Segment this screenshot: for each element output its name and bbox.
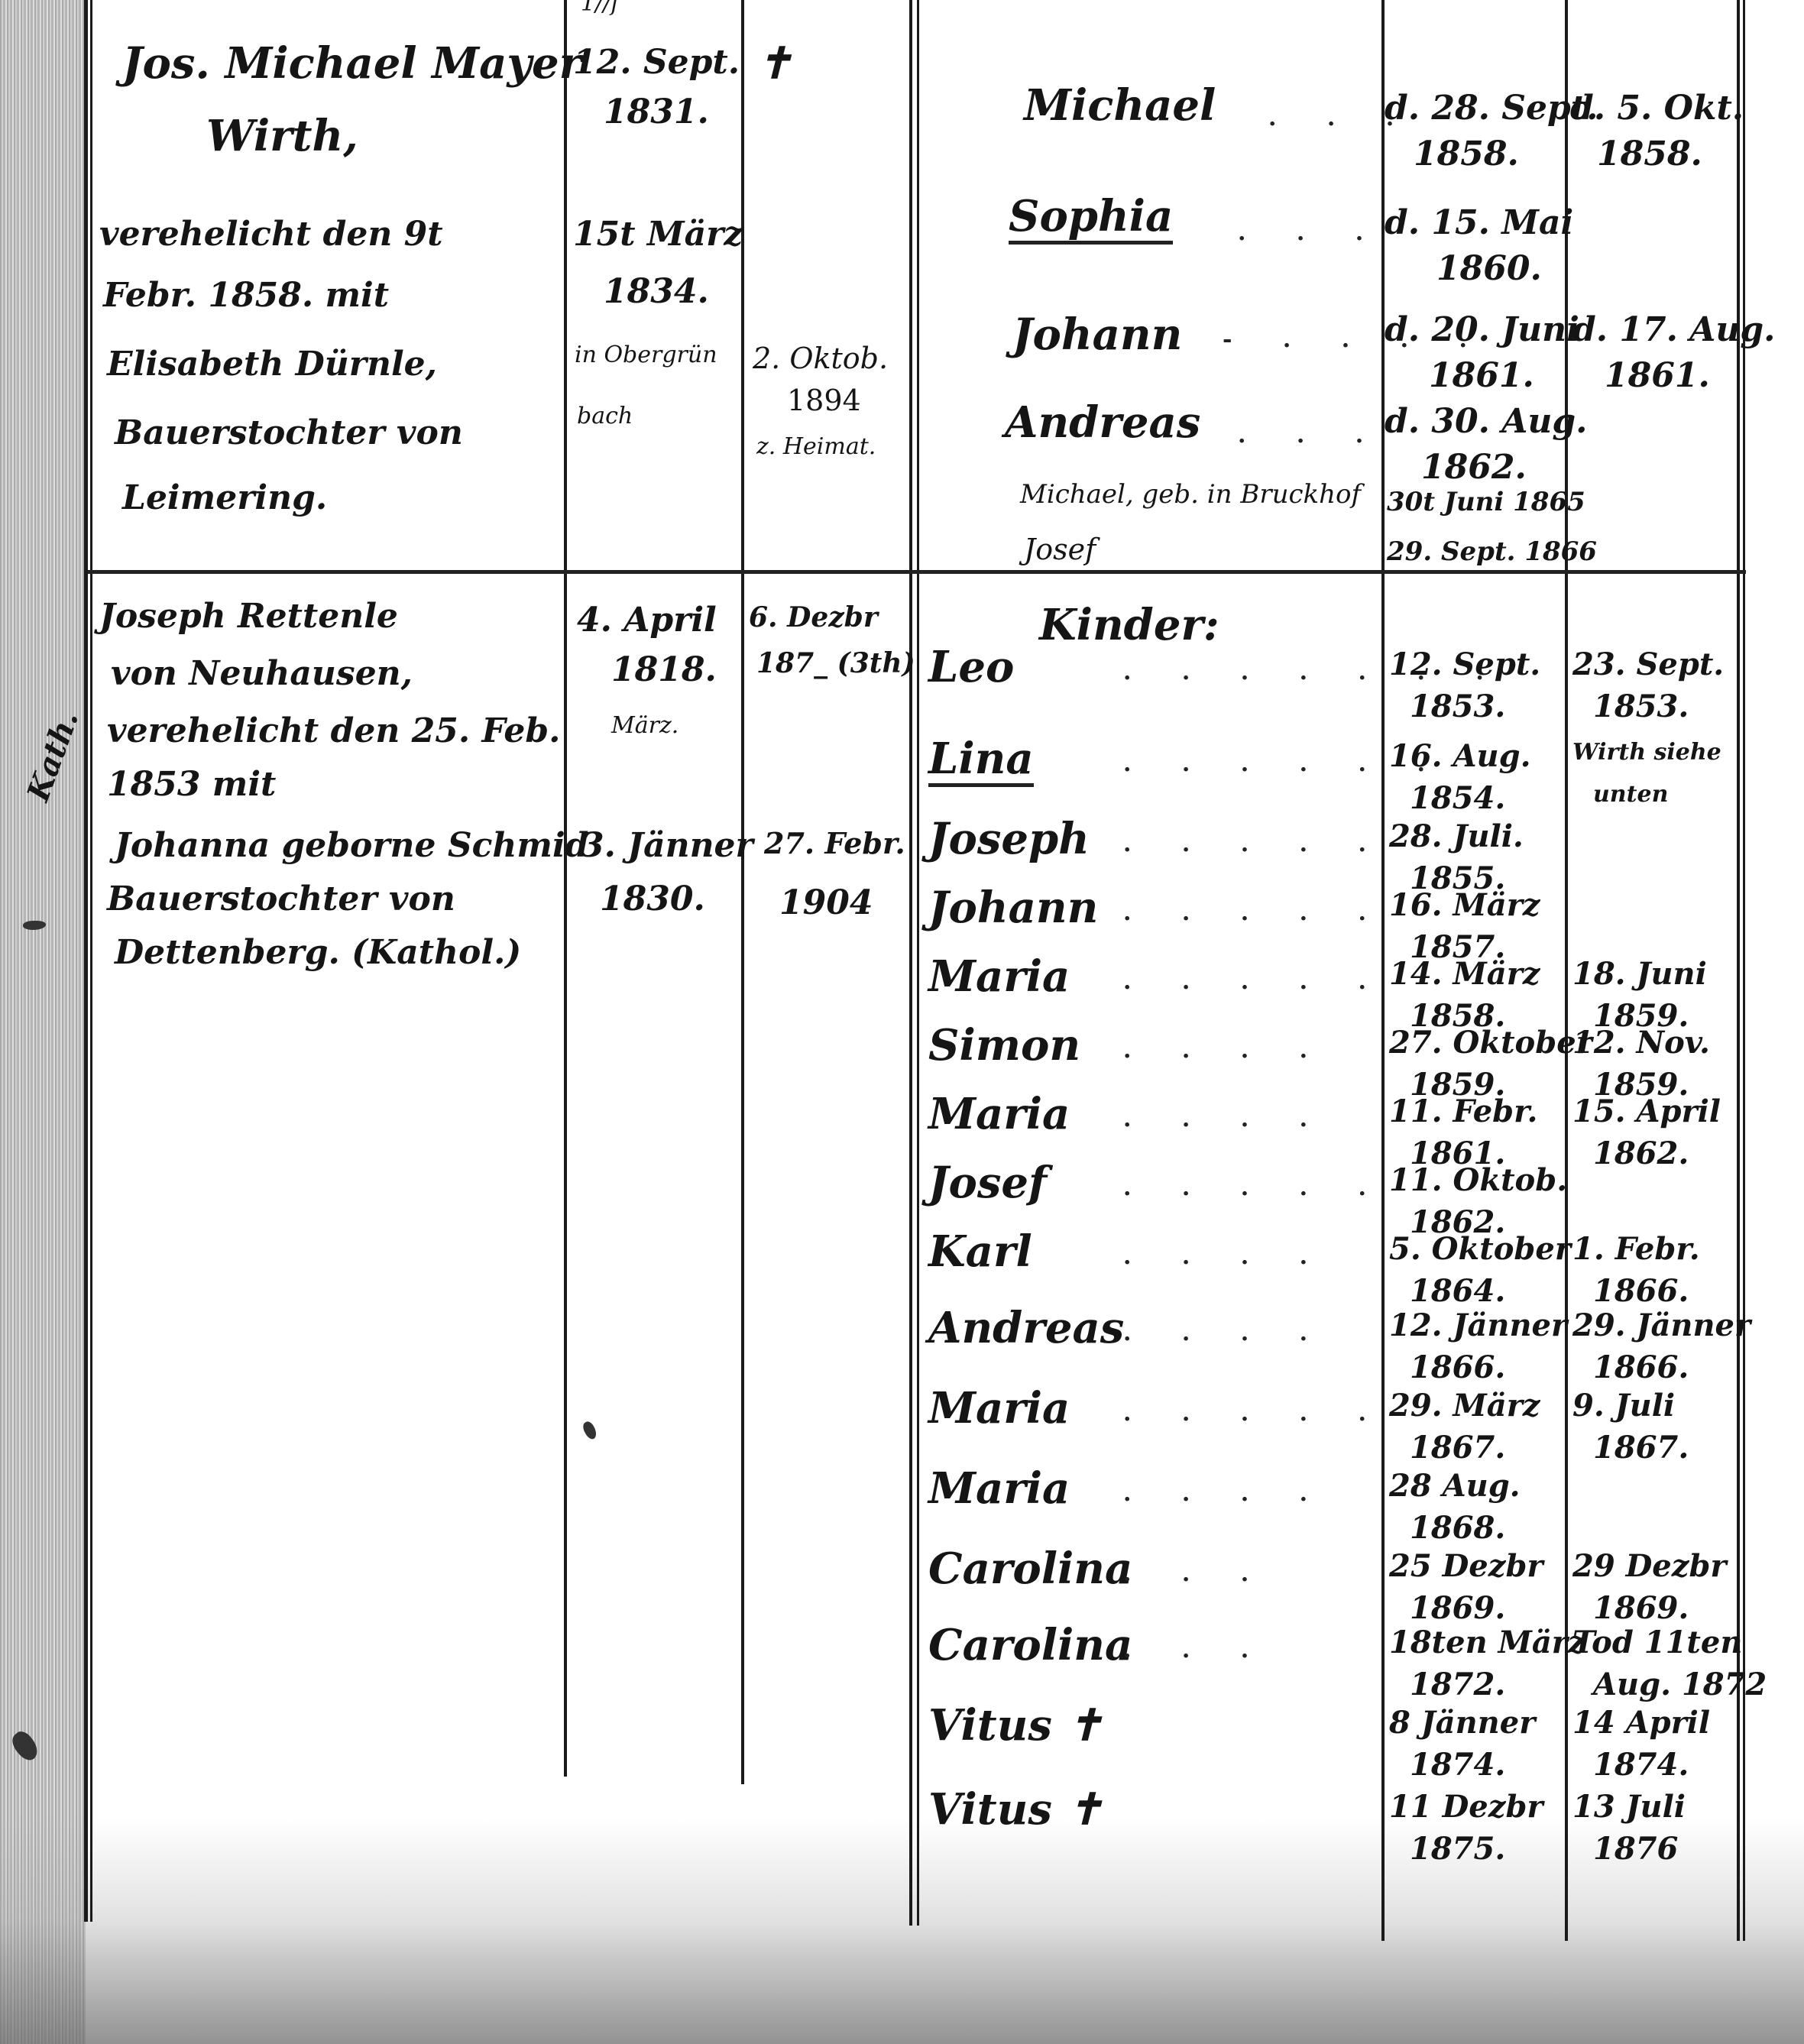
child-name: Maria — [928, 955, 1070, 998]
child-died-year: 1858. — [1597, 138, 1702, 171]
child-born-year: 1861. — [1429, 359, 1534, 393]
child-born-year: 1875. — [1410, 1834, 1505, 1864]
child-born-year: 1867. — [1410, 1433, 1505, 1463]
child-name: Vitus ✝ — [928, 1704, 1103, 1747]
wife-death-year: 1904 — [779, 886, 873, 920]
column-divider-children — [909, 0, 912, 1926]
birth-date: 4. April — [577, 604, 717, 637]
leader-dots: . . . — [1238, 222, 1385, 245]
child-name: Maria — [928, 1467, 1070, 1510]
child-died-year: Aug. 1872 — [1593, 1670, 1767, 1700]
child-born-year: 1862. — [1421, 451, 1527, 484]
child-died: 23. Sept. — [1572, 649, 1724, 680]
head-line: Jos. Michael Mayer — [122, 42, 581, 85]
wife-death-date: 2. Oktob. — [753, 344, 888, 373]
column-divider-birth — [564, 0, 567, 1777]
child-died-year: 1866. — [1593, 1276, 1689, 1307]
leader-dots: . . . . . — [1123, 833, 1388, 856]
head-line: Joseph Rettenle — [99, 600, 398, 633]
wife-death-date: 27. Febr. — [764, 829, 905, 858]
child-born: 30t Juni 1865 — [1387, 489, 1585, 515]
column-divider-death — [741, 0, 744, 1784]
child-name: Andreas — [928, 1307, 1124, 1349]
leader-dots: . . . . — [1123, 1322, 1329, 1345]
child-born: 28. Juli. — [1389, 821, 1524, 852]
wife-death-note: z. Heimat. — [756, 436, 876, 458]
child-born-year: 1853. — [1410, 692, 1505, 722]
leader-dots: . . . . . — [1123, 970, 1388, 993]
child-died: d. 5. Okt. — [1570, 92, 1744, 125]
child-died: 9. Juli — [1572, 1391, 1675, 1421]
wife-birth-year: 1834. — [604, 275, 709, 309]
death-year: 187_ (3th) — [756, 649, 915, 677]
child-died-year: 1869. — [1593, 1593, 1689, 1624]
head-line: Johanna geborne Schmid — [115, 829, 588, 863]
leader-dots: . . . . . — [1123, 1402, 1388, 1425]
head-line: Wirth, — [206, 115, 358, 157]
child-born-year: 1858. — [1414, 138, 1519, 171]
left-border-line — [84, 0, 88, 1922]
birth-year: 1818. — [611, 653, 717, 687]
children-header: Kinder: — [1039, 604, 1219, 646]
child-name: Maria — [928, 1093, 1070, 1135]
child-died: Tod 11ten — [1572, 1628, 1742, 1658]
leader-dots: . . . . . — [1123, 902, 1388, 925]
head-line: 1853 mit — [107, 768, 276, 802]
head-line: verehelicht den 25. Feb. — [107, 714, 560, 748]
head-line: von Neuhausen, — [111, 657, 413, 691]
child-died-year: 1866. — [1593, 1352, 1689, 1383]
child-name: Andreas — [1005, 401, 1200, 444]
death-cross-icon: ✝ — [756, 42, 792, 85]
child-died: 14 April — [1572, 1708, 1710, 1738]
child-died: 13 Juli — [1572, 1792, 1686, 1822]
wife-death-year: 1894 — [787, 386, 861, 415]
leader-dots: . . . . . — [1123, 1177, 1388, 1200]
left-border-line-2 — [90, 0, 92, 1922]
child-died: 12. Nov. — [1572, 1028, 1710, 1058]
wife-birth-year: 1830. — [600, 883, 705, 916]
leader-dots: . . . . — [1123, 1039, 1329, 1062]
child-died: Wirth siehe — [1572, 741, 1721, 764]
child-name: Lina — [928, 737, 1034, 787]
child-died: d. 17. Aug. — [1572, 313, 1775, 347]
child-name: Vitus ✝ — [928, 1788, 1103, 1831]
child-name: Joseph — [928, 818, 1090, 860]
child-born: 14. März — [1389, 959, 1540, 990]
child-name: Maria — [928, 1387, 1070, 1430]
leader-dots: . . . — [1123, 1563, 1270, 1586]
child-died: 15. April — [1572, 1097, 1721, 1127]
child-born-year: 1864. — [1410, 1276, 1505, 1307]
child-born-year: 1860. — [1436, 252, 1542, 286]
wife-birth-place: bach — [577, 405, 633, 428]
child-name: Johann — [1012, 313, 1182, 356]
wife-birth-date: 15t März — [573, 218, 743, 251]
child-name: Leo — [928, 646, 1014, 688]
child-born: 11. Febr. — [1389, 1097, 1537, 1127]
death-date: 6. Dezbr — [749, 604, 878, 631]
child-name: Michael — [1024, 84, 1216, 127]
child-born-year: 1874. — [1410, 1750, 1505, 1780]
family-separator-line — [88, 570, 1746, 574]
birth-year: 1831. — [604, 96, 709, 129]
head-line: Elisabeth Dürnle, — [107, 348, 437, 381]
child-born-year: 1854. — [1410, 783, 1505, 814]
child-born: 12. Sept. — [1389, 649, 1540, 680]
child-born: d. 30. Aug. — [1385, 405, 1587, 439]
child-born: d. 20. Juni — [1385, 313, 1579, 347]
child-born: 8 Jänner — [1389, 1708, 1535, 1738]
head-line: Bauerstochter von — [115, 416, 463, 450]
leader-dots: . . . — [1238, 424, 1385, 447]
child-name: Sophia — [1009, 195, 1173, 245]
child-name: Carolina — [928, 1547, 1132, 1590]
birth-date: 12. Sept. — [573, 46, 740, 79]
child-name: Simon — [928, 1024, 1080, 1067]
leader-dots: . . . — [1123, 1639, 1270, 1662]
child-born: 16. Aug. — [1389, 741, 1531, 772]
leader-dots: . . . . — [1123, 1246, 1329, 1268]
child-died: 29. Jänner — [1572, 1310, 1751, 1341]
ink-blot — [581, 1420, 599, 1441]
right-border-line-2 — [1743, 0, 1745, 1941]
head-line: Dettenberg. (Kathol.) — [115, 936, 521, 970]
child-born-year: 1869. — [1410, 1593, 1505, 1624]
birth-note: März. — [611, 714, 679, 737]
head-line: Febr. 1858. mit — [103, 279, 389, 313]
child-born: 29. Sept. 1866 — [1387, 539, 1597, 565]
child-born-year: 1866. — [1410, 1352, 1505, 1383]
head-line: verehelicht den 9t — [99, 218, 443, 251]
child-died-year: unten — [1593, 783, 1668, 806]
leader-dots: . . . . — [1123, 1108, 1329, 1131]
scan-shadow-bottom — [0, 1819, 1804, 2044]
child-born: d. 15. Mai — [1385, 206, 1573, 240]
child-born: 18ten März — [1389, 1628, 1585, 1658]
child-born: 16. März — [1389, 890, 1540, 921]
child-died-year: 1876 — [1593, 1834, 1678, 1864]
child-name: Michael, geb. in Bruckhof — [1020, 481, 1361, 507]
child-died: 29 Dezbr — [1572, 1551, 1726, 1582]
child-died-year: 1853. — [1593, 692, 1689, 722]
child-born: 11 Dezbr — [1389, 1792, 1543, 1822]
column-divider-children-2 — [917, 0, 919, 1926]
child-born: 25 Dezbr — [1389, 1551, 1543, 1582]
child-name: Karl — [928, 1230, 1032, 1273]
child-born: 11. Oktob. — [1389, 1165, 1567, 1196]
child-born: 5. Oktober — [1389, 1234, 1571, 1265]
head-line: Leimering. — [122, 481, 327, 515]
leader-dots: . . . . — [1123, 1482, 1329, 1505]
child-name: Johann — [928, 886, 1098, 929]
child-died-year: 1874. — [1593, 1750, 1689, 1780]
child-name: Josef — [1024, 535, 1096, 564]
child-died-year: 1861. — [1605, 359, 1710, 393]
wife-birth-place: in Obergrün — [575, 344, 717, 367]
child-died-year: 1862. — [1593, 1139, 1689, 1169]
child-born: 28 Aug. — [1389, 1471, 1521, 1501]
child-died-year: 1867. — [1593, 1433, 1689, 1463]
head-line: Bauerstochter von — [107, 883, 455, 916]
child-name: Josef — [928, 1161, 1047, 1204]
child-born-year: 1872. — [1410, 1670, 1505, 1700]
child-died: 18. Juni — [1572, 959, 1707, 990]
child-born: 27. Oktober — [1389, 1028, 1592, 1058]
child-name: Carolina — [928, 1624, 1132, 1667]
child-born-year: 1868. — [1410, 1513, 1505, 1544]
wife-birth-date: 3. Jänner — [581, 829, 753, 863]
child-died: 1. Febr. — [1572, 1234, 1700, 1265]
child-born: d. 28. Sept. — [1385, 92, 1598, 125]
child-born: 12. Jänner — [1389, 1310, 1567, 1341]
child-born: 29. März — [1389, 1391, 1540, 1421]
top-fragment: 1//f — [581, 0, 619, 15]
